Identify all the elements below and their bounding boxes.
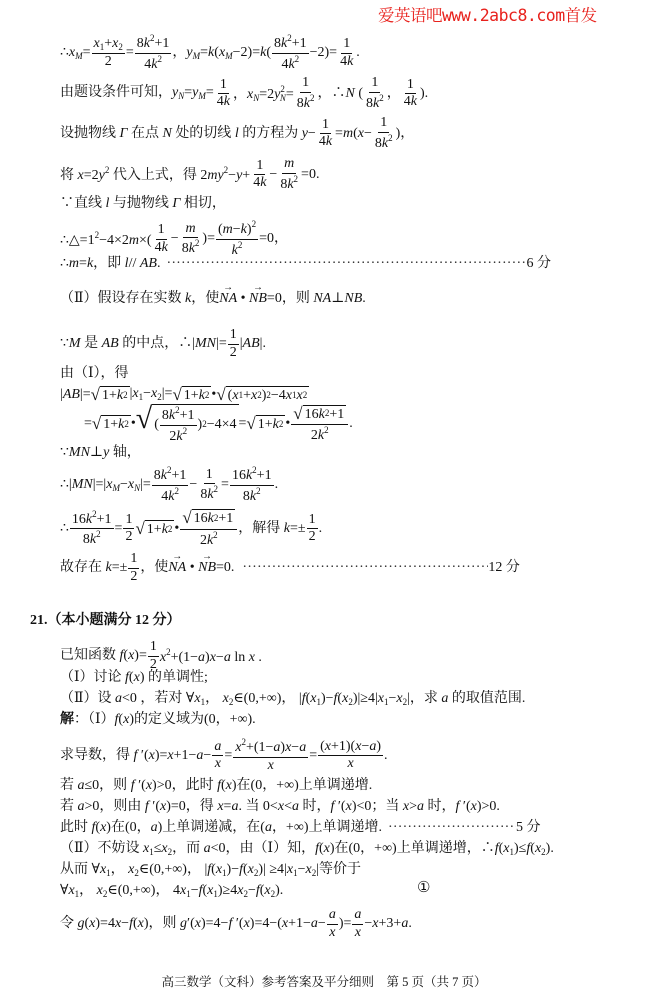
solution-inequality-1: ∀x1， x2∈(0,+∞)， 4x1−f(x1)≥4x2−f(x2). <box>60 884 283 899</box>
solution-part2-assume: （Ⅱ）不妨设 x1≤x2，而 a<0，由（Ⅰ）知，f(x)在(0，+∞)上单调递… <box>60 842 554 857</box>
eq-solve-k: ∴ 16k2+18k2= 12 √1+k2 • √16k2+12k2 ，解得 k… <box>60 509 322 548</box>
solution-case-a-positive: 若 a>0，则由 f ′(x)=0，得 x=a. 当 0<x<a 时，f ′(x… <box>60 800 500 814</box>
eq-m-equals-k: ∴m=k，即 l// AB. ·························… <box>60 257 551 271</box>
text-part2-assume: （Ⅱ）假设存在实数 k，使NA • NB=0，则 NA⊥NB. <box>60 292 366 306</box>
eq-mn-length: ∴|MN|=|xM−xN|= 8k2+14k2− 18k2= 16k2+18k2… <box>60 466 278 504</box>
eq-mn-half-ab: ∵M 是 AB 的中点，∴|MN|= 12|AB|. <box>60 328 266 360</box>
text-mn-perp-y: ∵MN⊥y 轴， <box>60 446 141 460</box>
eq-n-point: 由题设条件可知，yN=yM= 14k ，xN=2y2N= 18k2 ，∴N ( … <box>60 76 428 111</box>
eq-substitute: 将 x=2y2 代入上式，得 2my2−y+ 14k− m8k2=0. <box>60 157 319 192</box>
watermark: 爱英语吧www.2abc8.com首发 <box>378 2 597 26</box>
question-points: （本小题满分 12 分） <box>48 614 181 628</box>
page-footer: 高三数学（文科）参考答案及平分细则 第 5 页（共 7 页） <box>0 972 648 990</box>
eq-discriminant: ∴△=12−4×2m×( 14k− m8k2)= (m−k)2k2=0， <box>60 220 288 258</box>
solution-domain: 解：（Ⅰ）f(x)的定义域为(0，+∞). <box>60 713 256 727</box>
score-5: 5 分 <box>516 821 541 835</box>
score-12: 12 分 <box>488 561 520 575</box>
eq-xm-ym: ∴xM= x1+x22 = 8k2+14k2 ，yM=k(xM−2)=k( 8k… <box>60 34 360 72</box>
score-6: 6 分 <box>526 257 551 271</box>
solution-equivalent: 从而 ∀x1， x2∈(0,+∞)， |f(x1)−f(x2)| ≥4|x1−x… <box>60 863 361 878</box>
eq-ab-simplified: = √1+k2 • √(8k2+12k2)2−4×4 = √1+k2 • √16… <box>84 404 353 444</box>
eq-conclusion-k: 故存在 k=± 12 ，使NA • NB=0. ················… <box>60 552 520 584</box>
solution-monotonic-conclusion: 此时 f(x)在(0，a)上单调递减，在(a，+∞)上单调递增. ·······… <box>60 821 540 835</box>
eq-tangent-line: 设抛物线 Γ 在点 N 处的切线 l 的方程为 y− 14k =m(x− 18k… <box>60 116 414 151</box>
question-21-header: 21. （本小题满分 12 分） <box>30 614 181 628</box>
question-21-part1: （Ⅰ）讨论 f(x) 的单调性; <box>60 671 208 685</box>
solution-g-definition: 令 g(x)=4x−f(x)，则 g′(x)=4−f ′(x)=4−(x+1−a… <box>60 908 412 940</box>
text-tangent: ∵直线 l 与抛物线 Γ 相切， <box>60 197 226 211</box>
eq-ab-length: |AB|= √1+k2 |x1−x2|= √1+k2 • √(x1+x2)2−4… <box>60 386 309 403</box>
solution-derivative: 求导数，得 f ′(x)=x+1−a− ax= x2+(1−a)x−ax= (x… <box>60 738 388 773</box>
question-21-stem: 已知函数 f(x)= 12 x2+(1−a)x−a ln x . <box>60 640 262 672</box>
question-number: 21. <box>30 614 48 628</box>
solution-case-a-nonpositive: 若 a≤0，则 f ′(x)>0，此时 f(x)在(0，+∞)上单调递增. <box>60 779 372 793</box>
question-21-part2: （Ⅱ）设 a<0 ，若对 ∀x1， x2∈(0,+∞)， |f(x1)−f(x2… <box>60 692 525 707</box>
text-from-part1: 由（Ⅰ），得 <box>60 367 129 381</box>
equation-marker-1: ① <box>417 878 430 897</box>
